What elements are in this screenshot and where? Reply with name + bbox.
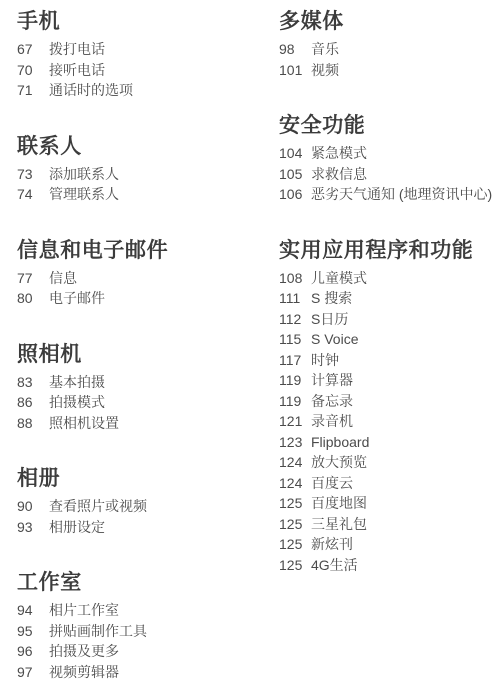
- entry-page-number: 121: [279, 411, 305, 432]
- entry-label: 4G生活: [311, 557, 358, 573]
- toc-section: 联系人73添加联系人74管理联系人: [17, 136, 279, 205]
- entry-page-number: 108: [279, 268, 305, 289]
- entry-page-number: 83: [17, 372, 43, 393]
- toc-entry[interactable]: 119计算器: [279, 370, 502, 391]
- toc-section: 实用应用程序和功能108儿童模式111S 搜索112S日历115S Voice1…: [279, 240, 502, 576]
- section-title: 相册: [17, 468, 279, 489]
- entry-page-number: 119: [279, 370, 305, 391]
- entry-label: 百度云: [311, 475, 353, 491]
- entry-page-number: 125: [279, 534, 305, 555]
- section-entry-list: 98音乐101视频: [279, 39, 502, 80]
- toc-entry[interactable]: 104紧急模式: [279, 143, 502, 164]
- entry-label: 拍摄模式: [49, 394, 105, 410]
- entry-page-number: 123: [279, 432, 305, 453]
- entry-label: 相片工作室: [49, 602, 119, 618]
- entry-page-number: 124: [279, 473, 305, 494]
- entry-label: 基本拍摄: [49, 374, 105, 390]
- entry-page-number: 125: [279, 493, 305, 514]
- toc-entry[interactable]: 90查看照片或视频: [17, 496, 279, 517]
- entry-label: 放大预览: [311, 454, 367, 470]
- entry-label: 拼贴画制作工具: [49, 623, 147, 639]
- toc-entry[interactable]: 1254G生活: [279, 555, 502, 576]
- toc-entry[interactable]: 74管理联系人: [17, 184, 279, 205]
- toc-section: 安全功能104紧急模式105求救信息106恶劣天气通知 (地理资讯中心): [279, 115, 502, 205]
- entry-label: 新炫刊: [311, 536, 353, 552]
- toc-entry[interactable]: 123Flipboard: [279, 432, 502, 453]
- entry-page-number: 86: [17, 392, 43, 413]
- entry-page-number: 112: [279, 309, 305, 330]
- toc-entry[interactable]: 124百度云: [279, 473, 502, 494]
- entry-page-number: 101: [279, 60, 305, 81]
- entry-page-number: 104: [279, 143, 305, 164]
- section-title: 照相机: [17, 344, 279, 365]
- toc-entry[interactable]: 97视频剪辑器: [17, 662, 279, 683]
- toc-section: 信息和电子邮件77信息80电子邮件: [17, 240, 279, 309]
- section-entry-list: 73添加联系人74管理联系人: [17, 164, 279, 205]
- toc-entry[interactable]: 94相片工作室: [17, 600, 279, 621]
- toc-entry[interactable]: 125新炫刊: [279, 534, 502, 555]
- entry-label: 求救信息: [311, 166, 367, 182]
- entry-page-number: 105: [279, 164, 305, 185]
- entry-label: 视频: [311, 62, 339, 78]
- entry-label: 照相机设置: [49, 415, 119, 431]
- entry-page-number: 124: [279, 452, 305, 473]
- entry-label: 录音机: [311, 413, 353, 429]
- entry-label: 备忘录: [311, 393, 353, 409]
- toc-entry[interactable]: 119备忘录: [279, 391, 502, 412]
- toc-section: 多媒体98音乐101视频: [279, 11, 502, 80]
- toc-entry[interactable]: 77信息: [17, 268, 279, 289]
- entry-label: S 搜索: [311, 290, 352, 306]
- entry-label: 相册设定: [49, 519, 105, 535]
- section-title: 信息和电子邮件: [17, 240, 279, 261]
- toc-entry[interactable]: 95拼贴画制作工具: [17, 621, 279, 642]
- entry-page-number: 71: [17, 80, 43, 101]
- entry-page-number: 125: [279, 514, 305, 535]
- toc-entry[interactable]: 125百度地图: [279, 493, 502, 514]
- toc-entry[interactable]: 108儿童模式: [279, 268, 502, 289]
- entry-label: 通话时的选项: [49, 82, 133, 98]
- entry-page-number: 74: [17, 184, 43, 205]
- toc-section: 照相机83基本拍摄86拍摄模式88照相机设置: [17, 344, 279, 434]
- toc-section: 手机67拨打电话70接听电话71通话时的选项: [17, 11, 279, 101]
- section-entry-list: 77信息80电子邮件: [17, 268, 279, 309]
- toc-entry[interactable]: 70接听电话: [17, 60, 279, 81]
- section-entry-list: 94相片工作室95拼贴画制作工具96拍摄及更多97视频剪辑器: [17, 600, 279, 682]
- toc-entry[interactable]: 105求救信息: [279, 164, 502, 185]
- toc-entry[interactable]: 96拍摄及更多: [17, 641, 279, 662]
- section-entry-list: 90查看照片或视频93相册设定: [17, 496, 279, 537]
- entry-page-number: 70: [17, 60, 43, 81]
- entry-label: 计算器: [311, 372, 353, 388]
- entry-label: 三星礼包: [311, 516, 367, 532]
- entry-label: 添加联系人: [49, 166, 119, 182]
- entry-label: Flipboard: [311, 434, 369, 450]
- toc-entry[interactable]: 80电子邮件: [17, 288, 279, 309]
- entry-label: 接听电话: [49, 62, 105, 78]
- entry-page-number: 93: [17, 517, 43, 538]
- entry-label: 管理联系人: [49, 186, 119, 202]
- section-title: 多媒体: [279, 11, 502, 32]
- toc-column-right: 多媒体98音乐101视频安全功能104紧急模式105求救信息106恶劣天气通知 …: [279, 11, 502, 684]
- toc-entry[interactable]: 117时钟: [279, 350, 502, 371]
- toc-entry[interactable]: 115S Voice: [279, 329, 502, 350]
- entry-page-number: 106: [279, 184, 305, 205]
- section-entry-list: 108儿童模式111S 搜索112S日历115S Voice117时钟119计算…: [279, 268, 502, 576]
- toc-entry[interactable]: 124放大预览: [279, 452, 502, 473]
- entry-page-number: 88: [17, 413, 43, 434]
- entry-page-number: 119: [279, 391, 305, 412]
- toc-column-left: 手机67拨打电话70接听电话71通话时的选项联系人73添加联系人74管理联系人信…: [17, 11, 279, 684]
- entry-page-number: 77: [17, 268, 43, 289]
- toc-entry[interactable]: 98音乐: [279, 39, 502, 60]
- entry-page-number: 117: [279, 350, 305, 371]
- toc-entry[interactable]: 112S日历: [279, 309, 502, 330]
- section-entry-list: 104紧急模式105求救信息106恶劣天气通知 (地理资讯中心): [279, 143, 502, 205]
- section-title: 安全功能: [279, 115, 502, 136]
- toc-entry[interactable]: 73添加联系人: [17, 164, 279, 185]
- entry-page-number: 96: [17, 641, 43, 662]
- section-title: 实用应用程序和功能: [279, 240, 502, 261]
- entry-label: 视频剪辑器: [49, 664, 119, 680]
- entry-page-number: 90: [17, 496, 43, 517]
- section-entry-list: 67拨打电话70接听电话71通话时的选项: [17, 39, 279, 101]
- toc-entry[interactable]: 121录音机: [279, 411, 502, 432]
- entry-label: S日历: [311, 311, 348, 327]
- entry-page-number: 125: [279, 555, 305, 576]
- toc-entry[interactable]: 106恶劣天气通知 (地理资讯中心): [279, 184, 502, 205]
- entry-page-number: 97: [17, 662, 43, 683]
- entry-label: 拍摄及更多: [49, 643, 119, 659]
- entry-page-number: 115: [279, 329, 305, 350]
- toc-entry[interactable]: 83基本拍摄: [17, 372, 279, 393]
- toc-entry[interactable]: 111S 搜索: [279, 288, 502, 309]
- toc-entry[interactable]: 88照相机设置: [17, 413, 279, 434]
- section-entry-list: 83基本拍摄86拍摄模式88照相机设置: [17, 372, 279, 434]
- toc-entry[interactable]: 67拨打电话: [17, 39, 279, 60]
- toc-section: 相册90查看照片或视频93相册设定: [17, 468, 279, 537]
- entry-page-number: 95: [17, 621, 43, 642]
- entry-label: 拨打电话: [49, 41, 105, 57]
- entry-label: 查看照片或视频: [49, 498, 147, 514]
- section-title: 工作室: [17, 572, 279, 593]
- section-title: 手机: [17, 11, 279, 32]
- entry-label: S Voice: [311, 331, 358, 347]
- entry-label: 紧急模式: [311, 145, 367, 161]
- entry-page-number: 73: [17, 164, 43, 185]
- toc-entry[interactable]: 101视频: [279, 60, 502, 81]
- toc-entry[interactable]: 93相册设定: [17, 517, 279, 538]
- entry-label: 恶劣天气通知 (地理资讯中心): [311, 186, 492, 202]
- section-title: 联系人: [17, 136, 279, 157]
- entry-label: 百度地图: [311, 495, 367, 511]
- toc-entry[interactable]: 86拍摄模式: [17, 392, 279, 413]
- entry-label: 信息: [49, 270, 77, 286]
- entry-page-number: 67: [17, 39, 43, 60]
- toc-page: 手机67拨打电话70接听电话71通话时的选项联系人73添加联系人74管理联系人信…: [0, 0, 502, 684]
- toc-entry[interactable]: 71通话时的选项: [17, 80, 279, 101]
- entry-label: 音乐: [311, 41, 339, 57]
- entry-label: 电子邮件: [49, 290, 105, 306]
- toc-section: 工作室94相片工作室95拼贴画制作工具96拍摄及更多97视频剪辑器: [17, 572, 279, 682]
- entry-page-number: 94: [17, 600, 43, 621]
- entry-label: 时钟: [311, 352, 339, 368]
- toc-entry[interactable]: 125三星礼包: [279, 514, 502, 535]
- entry-page-number: 98: [279, 39, 305, 60]
- entry-page-number: 80: [17, 288, 43, 309]
- entry-label: 儿童模式: [311, 270, 367, 286]
- entry-page-number: 111: [279, 288, 305, 309]
